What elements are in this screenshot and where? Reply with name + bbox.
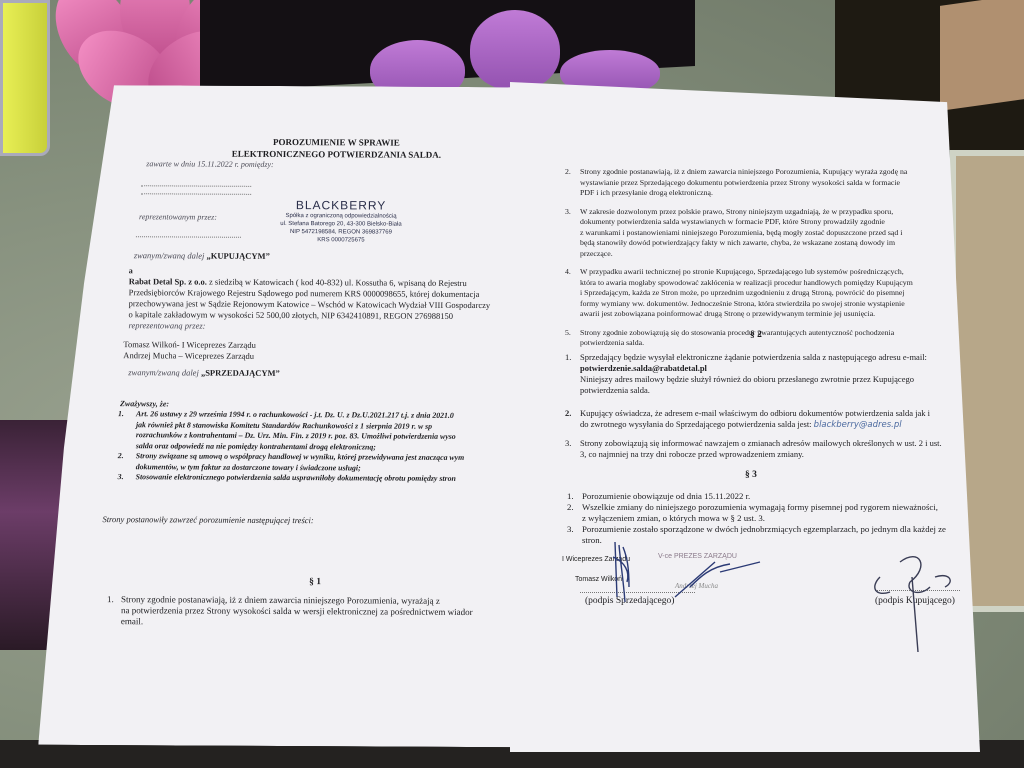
list-number: 3. bbox=[118, 471, 124, 483]
list-item-line: Stosowanie elektronicznego potwierdzenia… bbox=[136, 471, 456, 485]
blank-line bbox=[141, 185, 251, 187]
list-item-line: potwierdzenia salda. bbox=[580, 337, 644, 349]
list-number: 5. bbox=[565, 327, 571, 339]
list-number: 3. bbox=[567, 523, 574, 535]
list-number: 1. bbox=[565, 351, 571, 363]
section-1-heading: § 1 bbox=[309, 576, 321, 588]
seller-label-prefix: zwanym/zwaną dalej bbox=[128, 367, 201, 377]
yellow-object bbox=[0, 0, 50, 156]
section-2-heading: § 2 bbox=[750, 329, 762, 341]
buyer-label-value: „KUPUJĄCYM” bbox=[207, 251, 270, 261]
representative-2: Andrzej Mucha – Wiceprezes Zarządu bbox=[123, 349, 254, 362]
parties-decided: Strony postanowiły zawrzeć porozumienie … bbox=[102, 513, 313, 526]
section-3-heading: § 3 bbox=[745, 469, 757, 481]
list-number: 2. bbox=[118, 450, 124, 462]
blank-line bbox=[141, 193, 251, 195]
list-item-line: stron. bbox=[582, 534, 602, 546]
list-number: 2. bbox=[567, 501, 574, 513]
list-item-line: awarii jest zobowiązana poinformować dru… bbox=[580, 308, 875, 320]
list-item-line: do zwrotnego wysyłania do Sprzedającego … bbox=[580, 418, 902, 431]
flower-petal bbox=[470, 10, 560, 90]
list-item-line: email. bbox=[121, 615, 143, 627]
list-number: 3. bbox=[565, 206, 571, 218]
list-number: 1. bbox=[118, 408, 124, 420]
seller-label: zwanym/zwaną dalej „SPRZEDAJĄCYM” bbox=[128, 366, 280, 379]
cardboard-box bbox=[940, 0, 1024, 111]
seller-signature-1 bbox=[605, 537, 645, 607]
seller-line-5: reprezentowaną przez: bbox=[128, 319, 205, 331]
buyer-label-prefix: zwanym/zwaną dalej bbox=[134, 250, 207, 260]
represented-by-label: reprezentowanym przez: bbox=[139, 211, 217, 223]
list-number: 2. bbox=[565, 166, 571, 178]
company-stamp-blackberry: BLACKBERRY Spółka z ograniczoną odpowied… bbox=[251, 198, 431, 245]
stamp-company-name: BLACKBERRY bbox=[251, 198, 431, 213]
list-number: 1. bbox=[107, 593, 114, 605]
list-item-line: potwierdzenia salda. bbox=[580, 384, 650, 396]
list-item-line: przeczące. bbox=[580, 248, 613, 260]
document-page-2: 2.Strony zgodnie postanawiają, iż z dnie… bbox=[510, 82, 980, 752]
seller-signature-2 bbox=[670, 552, 770, 602]
buyer-signature bbox=[850, 537, 960, 657]
list-item-line: na potwierdzenia przez Strony wysokości … bbox=[121, 604, 473, 618]
list-item-line: Porozumienie zostało sporządzone w dwóch… bbox=[582, 523, 946, 535]
list-number: 2. bbox=[565, 407, 571, 419]
list-item-line: 3, co najmniej na trzy dni robocze przed… bbox=[580, 448, 804, 460]
seller-name: Rabat Detal Sp. z o.o. bbox=[129, 276, 207, 286]
concluded-date: zawarte w dniu 15.11.2022 r. pomiędzy: bbox=[146, 158, 273, 171]
seller-label-value: „SPRZEDAJĄCYM” bbox=[201, 368, 280, 378]
stamp-line: KRS 0000725675 bbox=[251, 236, 431, 245]
list-item-line: będą stanowiły dowód potwierdzający fakt… bbox=[580, 237, 895, 249]
list-number: 3. bbox=[565, 437, 571, 449]
blank-line bbox=[136, 236, 241, 238]
list-number: 4. bbox=[565, 266, 571, 278]
buyer-label: zwanym/zwaną dalej „KUPUJĄCYM” bbox=[134, 249, 270, 262]
list-item-line: PDF i ich przesyłanie drogą elektroniczn… bbox=[580, 187, 713, 199]
document-page-1: POROZUMIENIE W SPRAWIE ELEKTRONICZNEGO P… bbox=[38, 85, 523, 748]
buyer-email-handwritten: blackberry@adres.pl bbox=[814, 420, 902, 430]
